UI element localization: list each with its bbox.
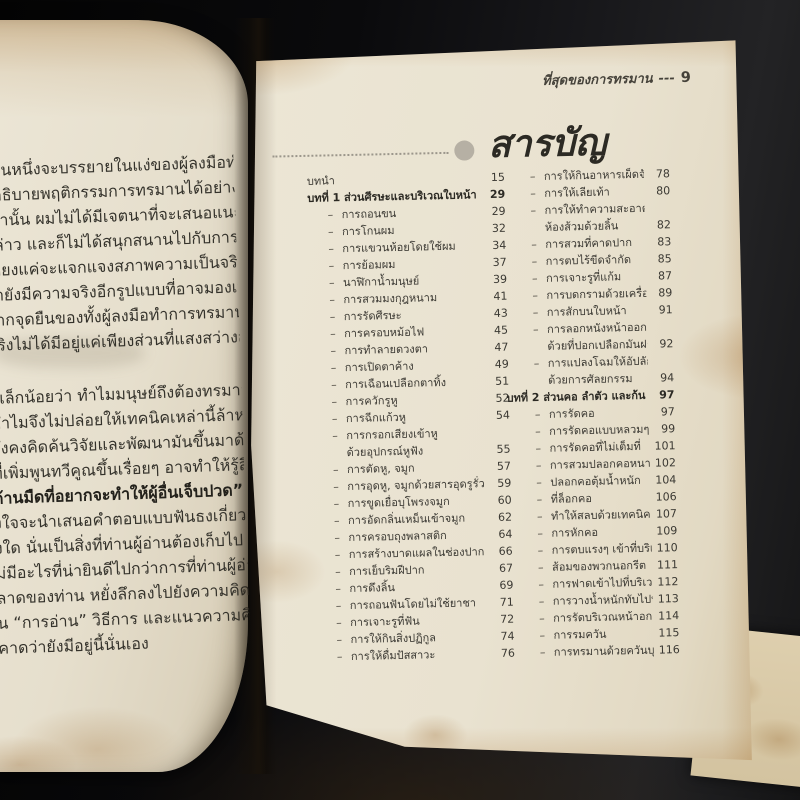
dash-marker: – [539,610,553,627]
toc-entry-label: ด้วยที่ปอกเปลือกมันฝรั่ง [547,336,647,355]
dash-marker: – [531,253,545,270]
dash-marker: – [534,355,548,372]
toc-entry-page: 41 [481,288,507,306]
toc-entry-page: 111 [652,556,678,574]
dash-marker: – [536,474,550,491]
toc-entry-label: การแปลงโฉมให้อัปลักษณ์ [548,353,648,372]
toc-entry-page: 114 [653,607,679,625]
dash-marker: – [538,576,552,593]
toc-entry-page: 107 [651,505,677,523]
dash-marker: – [336,614,350,631]
right-page-content: ที่สุดของการทรมาน --- 9 สารบัญ บทนำ15บทท… [240,21,767,774]
dash-marker: – [532,287,546,304]
toc-entry-page: 51 [483,373,509,391]
toc-entry-page: 64 [486,526,512,544]
toc-entry-label: การลอกหนังหน้าออก [547,319,647,338]
dash-marker: – [533,321,547,338]
page-number: 9 [681,70,691,86]
toc-entry-page: 69 [487,577,513,595]
dash-marker: – [532,270,546,287]
dash-marker: – [536,457,550,474]
toc-entry: –การให้เลียเท้า80 [510,182,670,202]
right-book-page: ที่สุดของการทรมาน --- 9 สารบัญ บทนำ15บทท… [246,30,758,772]
dash-marker: – [335,580,349,597]
toc-entry-page: 39 [481,271,507,289]
toc-entry-label: ทำให้สลบด้วยเทคนิคของยูโด [551,506,651,525]
dash-marker: – [331,393,345,410]
dash-marker: – [334,495,348,512]
toc-entry-page: 15 [479,169,505,187]
toc-entry-page: 57 [485,458,511,476]
toc-entry-page: 29 [479,203,505,221]
dash-marker: – [537,525,551,542]
toc-entry-page: 80 [644,182,670,200]
toc-entry-page: 113 [653,590,679,608]
toc-entry-page: 92 [647,335,673,353]
toc-entry-label: การรมควัน [553,625,653,644]
toc-entry-label: การสวมที่คาดปาก [545,234,645,253]
toc-entry-page: 110 [652,539,678,557]
toc-entry: –การให้ดื่มปัสสาวะ76 [317,645,515,666]
dash-marker: – [327,206,341,223]
toc-entry-page [645,211,671,212]
toc-entry-page: 83 [645,233,671,251]
dash-marker: – [335,546,349,563]
toc-entry-page: 37 [481,254,507,272]
toc-entry-label: ส้อมของพวกนอกรีต [552,557,652,576]
toc-entry-label: การทรมานด้วยควันบุหรี่ [554,642,654,661]
dash-marker: – [331,376,345,393]
toc-entry-label: การบดกรามด้วยเครื่องรัด [546,285,646,304]
circle-bullet-icon [454,140,474,160]
dash-marker: – [539,593,553,610]
dash-marker: – [531,236,545,253]
dash-marker: – [328,240,342,257]
toc-entry-page: 116 [654,641,680,659]
toc-entry-label: การให้เลียเท้า [544,183,644,202]
toc-entry-page [648,364,674,365]
toc-column-left: บทนำ15บทที่ 1 ส่วนศีรษะและบริเวณใบหน้า29… [307,169,515,666]
toc-entry-page [647,330,673,331]
toc-entry: ด้วยที่ปอกเปลือกมันฝรั่ง92 [513,335,673,355]
toc-entry-label: การให้ดื่มปัสสาวะ [351,645,489,665]
dash-marker: – [329,257,343,274]
toc-entry-page: 115 [653,624,679,642]
dash-marker: – [330,342,344,359]
toc-entry-label: การรัดคอแบบหลวมๆ [549,421,649,440]
running-header: ที่สุดของการทรมาน --- 9 [542,67,691,91]
toc-entry: –การสักบนใบหน้า91 [513,301,673,321]
dash-marker: – [530,185,544,202]
dash-marker: – [535,423,549,440]
toc-column-right: –การให้กินอาหารเผ็ดจัด78–การให้เลียเท้า8… [510,165,680,661]
dash-marker: – [330,325,344,342]
toc-entry-label: การฟาดเข้าไปที่บริเวณหน้าอก [552,574,652,593]
toc-entry-label: การสวมปลอกคอหนาม [550,455,650,474]
dash-marker: – [336,631,350,648]
toc-entry: –การทรมานด้วยควันบุหรี่116 [520,641,680,661]
toc-entry-label: ห้องส้วมด้วยลิ้น [545,217,645,236]
toc-entry-page: 72 [488,611,514,629]
toc-entry-page: 76 [489,645,515,663]
toc-entry-page: 91 [647,301,673,319]
dash-marker: – [337,648,351,665]
dash-marker: – [535,440,549,457]
toc-entry-page: 32 [480,220,506,238]
toc-entry-page: 59 [485,475,511,493]
toc-entry-page: 99 [649,420,675,438]
toc-entry-page: 109 [651,522,677,540]
dash-marker: – [530,202,544,219]
dash-marker: – [332,410,346,427]
toc-entry-label: การวางน้ำหนักทับไปบนหน้าอก [553,591,653,610]
toc-entry-label: การให้กินอาหารเผ็ดจัด [544,166,644,185]
dash-marker: – [535,406,549,423]
toc-entry-label: การตบแรงๆ เข้าที่บริเวณคอ [552,540,652,559]
running-header-separator: --- [658,71,674,86]
toc-entry-page: 106 [650,488,676,506]
dash-marker: – [533,304,547,321]
toc-entry-label: การรัดบริเวณหน้าอก [553,608,653,627]
book-photo-background: ส่วนหนึ่งจะบรรยายในแง่ของผู้ลงมือทำถอธิบ… [0,0,800,800]
toc-entry-page: 55 [484,441,510,459]
dash-marker: – [539,627,553,644]
toc-entry-page: 82 [645,216,671,234]
toc-entry-label: การสักบนใบหน้า [547,302,647,321]
toc-entry-page: 54 [484,407,510,425]
dash-marker: – [328,223,342,240]
toc-entry-page: 29 [479,186,505,204]
toc-entry-page: 62 [486,509,512,527]
dash-marker: – [329,291,343,308]
dash-marker: – [330,308,344,325]
toc-entry-page: 104 [650,471,676,489]
toc-entry-page: 34 [480,237,506,255]
dash-marker: – [329,274,343,291]
toc-entry-label: การเจาะรูที่แก้ม [546,268,646,287]
dash-marker: – [334,529,348,546]
toc-entry-label: การรัดคอที่ไม่เต็มที่ [549,438,649,457]
toc-entry-label: การให้ทำความสะอาด [544,200,644,219]
toc-entry-label: การหักคอ [551,523,651,542]
dash-marker: – [536,491,550,508]
dash-marker: – [538,559,552,576]
toc-entry-page: 101 [649,437,675,455]
dash-marker: – [336,597,350,614]
dash-marker: – [331,359,345,376]
toc-entry-page: 97 [648,386,674,404]
dash-marker: – [334,512,348,529]
dash-marker: – [335,563,349,580]
dash-marker: – [540,644,554,661]
toc-entry-page: 74 [488,628,514,646]
left-book-page: ส่วนหนึ่งจะบรรยายในแง่ของผู้ลงมือทำถอธิบ… [0,20,248,772]
toc-entry-page: 66 [487,543,513,561]
dash-marker: – [530,168,544,185]
toc-entry-page: 47 [482,339,508,357]
toc-entry-label: ที่ล็อกคอ [550,489,650,508]
toc-entry-page: 102 [650,454,676,472]
toc-title: สารบัญ [488,113,607,174]
toc-entry-page: 87 [646,267,672,285]
toc-entry-page [484,436,510,437]
toc-entry-page: 97 [649,403,675,421]
toc-entry-label: ด้วยการศัลยกรรม [548,370,648,389]
toc-entry-page: 43 [482,305,508,323]
toc-entry-label: การรัดคอ [549,404,649,423]
toc-entry-page: 71 [488,594,514,612]
toc-entry-page: 78 [644,165,670,183]
toc-entry-page: 67 [487,560,513,578]
toc-entry-page: 49 [483,356,509,374]
left-page-text: ส่วนหนึ่งจะบรรยายในแง่ของผู้ลงมือทำถอธิบ… [0,149,251,660]
dash-marker: – [537,508,551,525]
running-header-title: ที่สุดของการทรมาน [542,68,653,91]
dotted-leader-line [272,152,448,158]
dash-marker: – [333,478,347,495]
dash-marker: – [333,461,347,478]
toc-entry-page: 85 [645,250,671,268]
toc-entry-page: 112 [652,573,678,591]
toc-entry-page: 60 [485,492,511,510]
toc-entry-label: ปลอกคอตุ้มน้ำหนัก [550,472,650,491]
dash-marker: – [332,427,346,444]
toc-entry-label: การตบไร้ขีดจำกัด [545,251,645,270]
dash-marker: – [538,542,552,559]
toc-entry-page: 45 [482,322,508,340]
toc-entry-page: 94 [648,369,674,387]
toc-entry-page: 89 [646,284,672,302]
